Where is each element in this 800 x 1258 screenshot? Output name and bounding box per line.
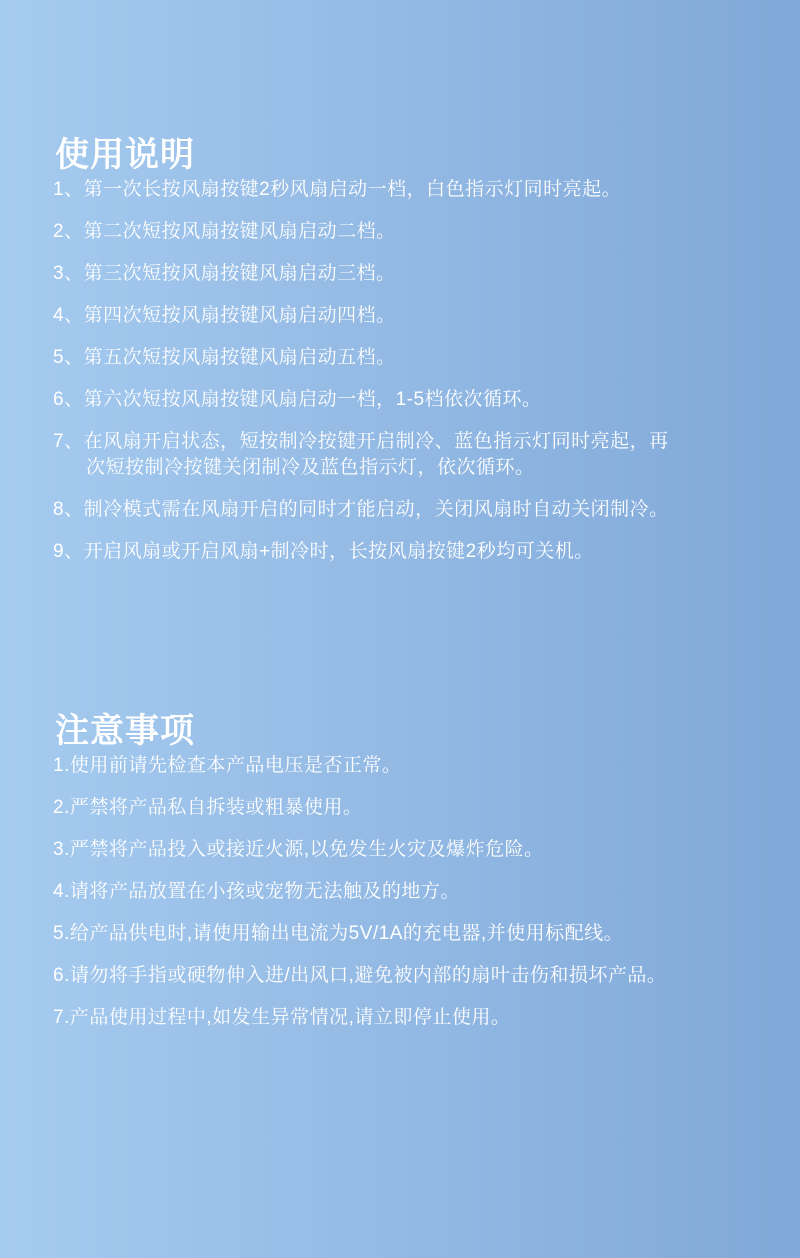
- usage-instruction-item: 3、第三次短按风扇按键风扇启动三档。: [53, 261, 670, 287]
- usage-instruction-item: 5、第五次短按风扇按键风扇启动五档。: [53, 345, 670, 371]
- usage-instruction-item: 9、开启风扇或开启风扇+制冷时，长按风扇按键2秒均可关机。: [53, 539, 670, 565]
- notes-section: 注意事项 1.使用前请先检查本产品电压是否正常。2.严禁将产品私自拆装或粗暴使用…: [0, 709, 800, 1031]
- usage-instruction-item: 7、在风扇开启状态，短按制冷按键开启制冷、蓝色指示灯同时亮起，再次短按制冷按键关…: [53, 429, 670, 481]
- precaution-notes-list: 1.使用前请先检查本产品电压是否正常。2.严禁将产品私自拆装或粗暴使用。3.严禁…: [0, 753, 725, 1031]
- precaution-note-item: 3.严禁将产品投入或接近火源,以免发生火灾及爆炸危险。: [53, 837, 670, 863]
- usage-instruction-item: 4、第四次短按风扇按键风扇启动四档。: [53, 303, 670, 329]
- usage-instruction-item: 8、制冷模式需在风扇开启的同时才能启动，关闭风扇时自动关闭制冷。: [53, 497, 670, 523]
- precaution-note-item: 5.给产品供电时,请使用输出电流为5V/1A的充电器,并使用标配线。: [53, 921, 670, 947]
- usage-instruction-item: 1、第一次长按风扇按键2秒风扇启动一档，白色指示灯同时亮起。: [53, 177, 670, 203]
- precaution-note-item: 6.请勿将手指或硬物伸入进/出风口,避免被内部的扇叶击伤和损坏产品。: [53, 963, 670, 989]
- manual-page: 使用说明 1、第一次长按风扇按键2秒风扇启动一档，白色指示灯同时亮起。2、第二次…: [0, 0, 800, 1258]
- notes-section-title: 注意事项: [0, 709, 800, 753]
- usage-instructions-list: 1、第一次长按风扇按键2秒风扇启动一档，白色指示灯同时亮起。2、第二次短按风扇按…: [0, 177, 725, 565]
- usage-section: 使用说明 1、第一次长按风扇按键2秒风扇启动一档，白色指示灯同时亮起。2、第二次…: [0, 0, 800, 565]
- precaution-note-item: 2.严禁将产品私自拆装或粗暴使用。: [53, 795, 670, 821]
- usage-instruction-item: 6、第六次短按风扇按键风扇启动一档，1-5档依次循环。: [53, 387, 670, 413]
- precaution-note-item: 7.产品使用过程中,如发生异常情况,请立即停止使用。: [53, 1005, 670, 1031]
- usage-instruction-item: 2、第二次短按风扇按键风扇启动二档。: [53, 219, 670, 245]
- usage-section-title: 使用说明: [0, 0, 800, 177]
- precaution-note-item: 1.使用前请先检查本产品电压是否正常。: [53, 753, 670, 779]
- precaution-note-item: 4.请将产品放置在小孩或宠物无法触及的地方。: [53, 879, 670, 905]
